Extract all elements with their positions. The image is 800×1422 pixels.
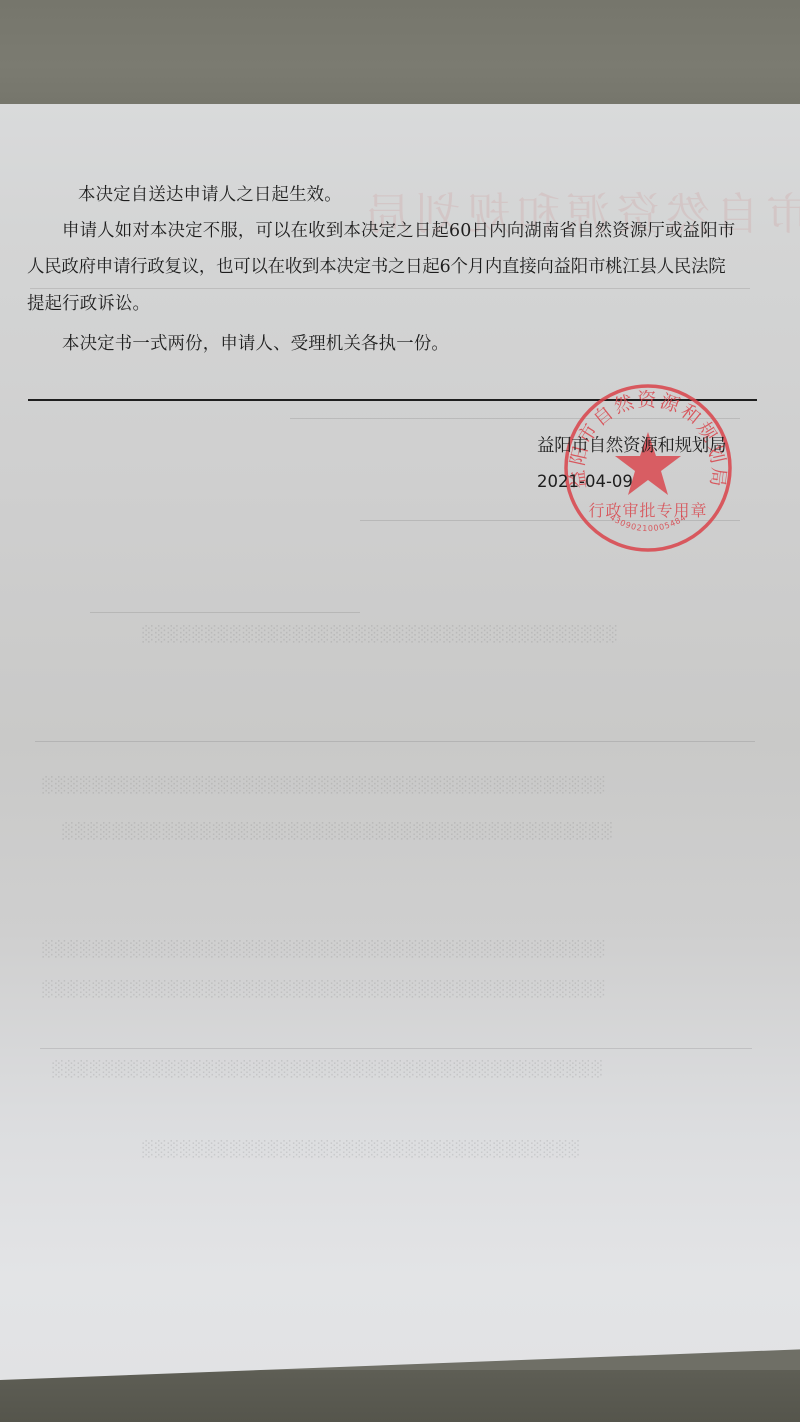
bleed-through-text: ░░░░░░░░░░░░░░░░░░░░░░░░░░░░░░░░░░░░░░░░…	[40, 980, 604, 998]
paragraph-effective: 本决定自送达申请人之日起生效。	[78, 187, 342, 204]
desk-background-top	[0, 0, 800, 110]
bleed-through-text: ░░░░░░░░░░░░░░░░░░░░░░░░░░░░░░░░░░░	[140, 1140, 579, 1158]
bleed-through-rule	[30, 288, 750, 289]
paragraph-appeal-line-2: 人民政府申请行政复议，也可以在收到本决定书之日起6个月内直接向益阳市桃江县人民法…	[27, 259, 726, 276]
paragraph-appeal-line-3: 提起行政诉讼。	[27, 296, 150, 313]
stamp-inner-text: 行政审批专用章	[588, 501, 707, 520]
issuer-name: 益阳市自然资源和规划局	[537, 438, 726, 456]
bleed-through-text: ░░░░░░░░░░░░░░░░░░░░░░░░░░░░░░░░░░░░░░	[140, 625, 616, 643]
paragraph-copies: 本决定书一式两份，申请人、受理机关各执一份。	[62, 336, 449, 353]
bleed-through-text: ░░░░░░░░░░░░░░░░░░░░░░░░░░░░░░░░░░░░░░░░…	[40, 776, 604, 794]
issue-date: 2021-04-09	[537, 474, 633, 491]
bleed-through-text: ░░░░░░░░░░░░░░░░░░░░░░░░░░░░░░░░░░░░░░░░…	[40, 940, 604, 958]
bleed-through-rule	[90, 612, 360, 613]
bleed-through-rule	[35, 741, 755, 742]
bleed-through-rule	[40, 1048, 752, 1049]
official-seal-stamp: 益阳市自然资源和规划局 行政审批专用章 43090210005484	[562, 382, 734, 554]
bleed-through-text: ░░░░░░░░░░░░░░░░░░░░░░░░░░░░░░░░░░░░░░░░…	[60, 822, 612, 840]
bleed-through-text: ░░░░░░░░░░░░░░░░░░░░░░░░░░░░░░░░░░░░░░░░…	[50, 1060, 602, 1078]
paragraph-appeal-line-1: 申请人如对本决定不服，可以在收到本决定之日起60日内向湖南省自然资源厅或益阳市	[62, 223, 735, 240]
desk-background-bottom	[0, 1370, 800, 1422]
